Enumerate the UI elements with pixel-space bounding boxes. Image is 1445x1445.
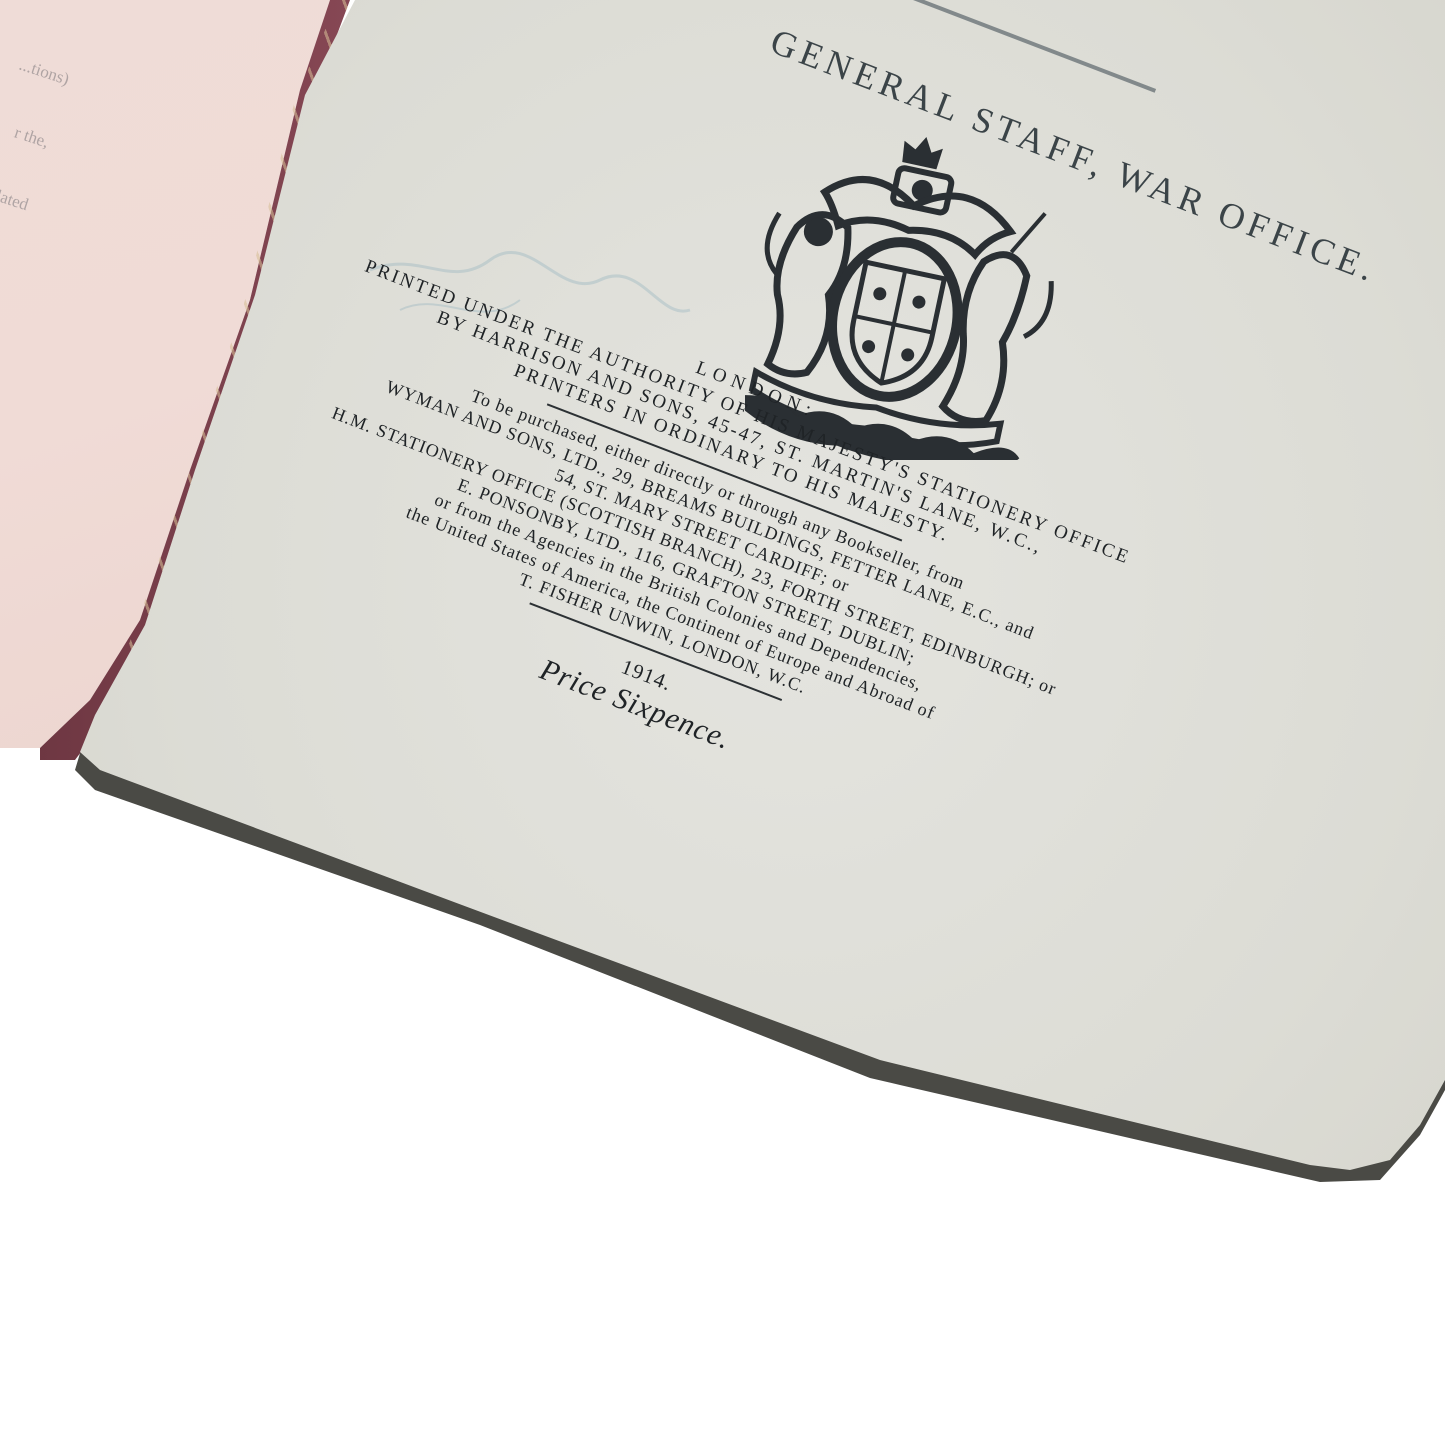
left-text-line [0, 230, 11, 279]
left-text-line: ...lated [0, 167, 31, 216]
left-page-faint-text: ...tions) r the, ...lated ...t of ...3; … [0, 0, 86, 509]
left-text-line: ...tions) [0, 42, 72, 91]
left-text-line: r the, [0, 105, 52, 154]
photo-scene: ...tions) r the, ...lated ...t of ...3; … [0, 0, 1445, 1445]
